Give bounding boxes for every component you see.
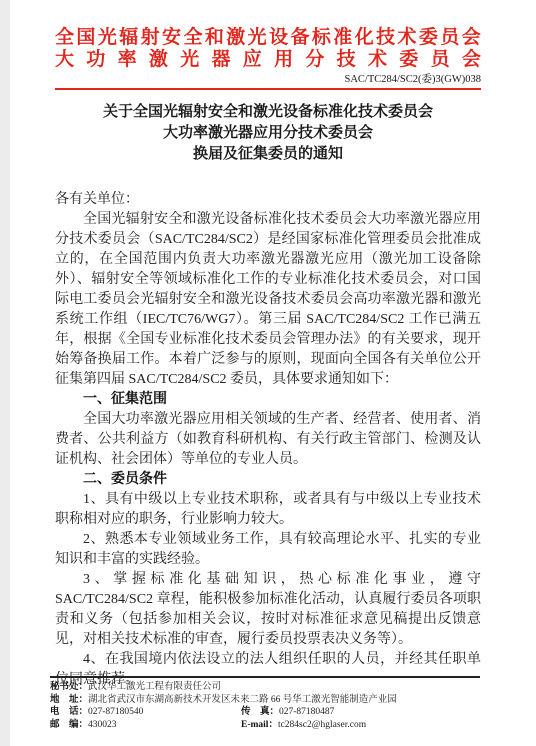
section2-item-2: 2、熟悉本专业领域业务工作，具有较高理论水平、扎实的专业知识和丰富的实践经验。 (55, 530, 481, 570)
phone-value: 027-87180540 (88, 707, 143, 717)
section2-item-1: 1、具有中级以上专业技术职称，或者具有与中级以上专业技术职称相对应的职务，行业影… (55, 490, 481, 530)
email-value: tc284sc2@hglaser.com (278, 720, 366, 730)
secretariat-value: 武汉华工激光工程有限责任公司 (88, 682, 221, 692)
footer-address-row: 地 址：湖北省武汉市东湖高新技术开发区未来二路 66 号华工激光智能制造产业园 (50, 694, 480, 707)
footer-secretariat-row: 秘书处：武汉华工激光工程有限责任公司 (50, 681, 480, 694)
red-divider-rule (55, 88, 481, 90)
committee-name-line2: 大功率激光器应用分技术委员会 (55, 49, 481, 71)
page-edge-strip (0, 0, 10, 746)
fax-label: 传 真： (241, 707, 279, 717)
phone-label: 电 话： (50, 707, 88, 717)
letterhead: 全国光辐射安全和激光设备标准化技术委员会 大功率激光器应用分技术委员会 SAC/… (55, 0, 481, 90)
zip-value: 430023 (88, 720, 117, 730)
notice-body: 各有关单位： 全国光辐射安全和激光设备标准化技术委员会大功率激光器应用分技术委员… (55, 190, 481, 690)
section2-item-3: 3、掌握标准化基础知识，热心标准化事业，遵守 SAC/TC284/SC2 章程，… (55, 570, 481, 650)
email-label: E-mail： (241, 720, 278, 730)
phone-cell: 电 话：027-87180540 (50, 706, 241, 719)
committee-name-line1: 全国光辐射安全和激光设备标准化技术委员会 (55, 27, 481, 49)
notice-title-line3: 换届及征集委员的通知 (55, 144, 481, 165)
notice-title-line2: 大功率激光器应用分技术委员会 (55, 123, 481, 144)
footer-zip-email-row: 邮 编：430023 E-mail：tc284sc2@hglaser.com (50, 719, 480, 732)
footer-phone-fax-row: 电 话：027-87180540 传 真：027-87180487 (50, 706, 480, 719)
email-cell: E-mail：tc284sc2@hglaser.com (241, 719, 366, 732)
fax-cell: 传 真：027-87180487 (241, 706, 334, 719)
salutation: 各有关单位： (55, 190, 481, 210)
zip-label: 邮 编： (50, 720, 88, 730)
section1-paragraph: 全国大功率激光器应用相关领域的生产者、经营者、使用者、消费者、公共利益方（如教育… (55, 410, 481, 470)
document-number: SAC/TC284/SC2(委)3(GW)038 (55, 74, 481, 86)
secretariat-label: 秘书处： (50, 682, 88, 692)
address-label: 地 址： (50, 695, 88, 705)
secretariat-footer: 秘书处：武汉华工激光工程有限责任公司 地 址：湖北省武汉市东湖高新技术开发区未来… (50, 676, 480, 731)
section1-heading: 一、征集范围 (55, 390, 481, 410)
address-value: 湖北省武汉市东湖高新技术开发区未来二路 66 号华工激光智能制造产业园 (88, 695, 397, 705)
page-content: 全国光辐射安全和激光设备标准化技术委员会 大功率激光器应用分技术委员会 SAC/… (55, 0, 481, 690)
section2-heading: 二、委员条件 (55, 470, 481, 490)
notice-title-line1: 关于全国光辐射安全和激光设备标准化技术委员会 (55, 102, 481, 123)
zip-cell: 邮 编：430023 (50, 719, 241, 732)
notice-title: 关于全国光辐射安全和激光设备标准化技术委员会 大功率激光器应用分技术委员会 换届… (55, 102, 481, 165)
intro-paragraph: 全国光辐射安全和激光设备标准化技术委员会大功率激光器应用分技术委员会（SAC/T… (55, 210, 481, 390)
document-page: 全国光辐射安全和激光设备标准化技术委员会 大功率激光器应用分技术委员会 SAC/… (0, 0, 536, 746)
fax-value: 027-87180487 (279, 707, 334, 717)
